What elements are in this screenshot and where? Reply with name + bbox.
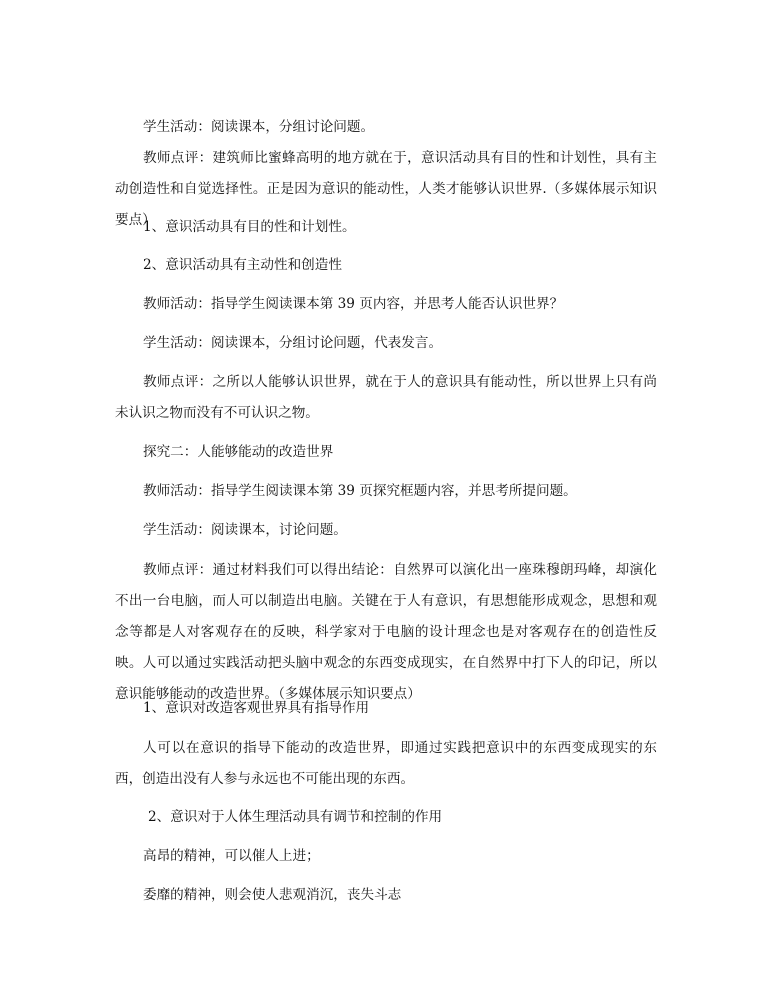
paragraph-high-spirit: 高昂的精神，可以催人上进； <box>115 841 657 872</box>
paragraph-point-1: 1、意识活动具有目的性和计划性。 <box>115 212 657 243</box>
paragraph-low-spirit: 委靡的精神，则会使人悲观消沉，丧失斗志 <box>115 880 657 911</box>
paragraph-teacher-comment-2: 教师点评：之所以人能够认识世界，就在于人的意识具有能动性，所以世界上只有尚未认识… <box>115 367 657 429</box>
paragraph-teacher-comment-3: 教师点评：通过材料我们可以得出结论：自然界可以演化出一座珠穆朗玛峰，却演化不出一… <box>115 555 657 710</box>
paragraph-teacher-activity-1: 教师活动：指导学生阅读课本第 39 页内容，并思考人能否认识世界？ <box>115 289 657 320</box>
paragraph-student-activity-3: 学生活动：阅读课本，讨论问题。 <box>115 515 657 546</box>
paragraph-point-3: 1、意识对改造客观世界具有指导作用 <box>115 693 657 724</box>
paragraph-point-4: 2、意识对于人体生理活动具有调节和控制的作用 <box>115 802 657 833</box>
paragraph-inquiry-2-heading: 探究二：人能够能动的改造世界 <box>115 437 657 468</box>
paragraph-explanation: 人可以在意识的指导下能动的改造世界，即通过实践把意识中的东西变成现实的东西，创造… <box>115 733 657 795</box>
paragraph-student-activity-2: 学生活动：阅读课本，分组讨论问题，代表发言。 <box>115 328 657 359</box>
paragraph-teacher-activity-2: 教师活动：指导学生阅读课本第 39 页探究框题内容，并思考所提问题。 <box>115 476 657 507</box>
paragraph-point-2: 2、意识活动具有主动性和创造性 <box>115 250 657 281</box>
paragraph-student-activity-1: 学生活动：阅读课本，分组讨论问题。 <box>115 112 657 143</box>
